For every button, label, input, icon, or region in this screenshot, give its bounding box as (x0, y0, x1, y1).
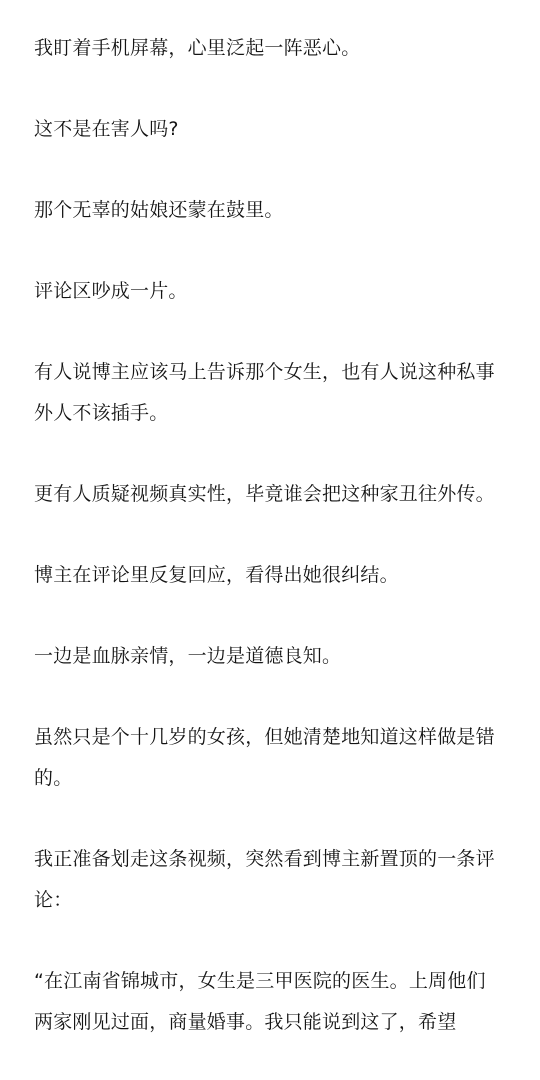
paragraph: 评论区吵成一片。 (34, 271, 504, 312)
paragraph: 我正准备划走这条视频，突然看到博主新置顶的一条评论： (34, 839, 504, 921)
paragraph: 有人说博主应该马上告诉那个女生，也有人说这种私事外人不该插手。 (34, 352, 504, 434)
paragraph: 博主在评论里反复回应，看得出她很纠结。 (34, 555, 504, 596)
paragraph: 更有人质疑视频真实性，毕竟谁会把这种家丑往外传。 (34, 474, 504, 515)
paragraph: 那个无辜的姑娘还蒙在鼓里。 (34, 190, 504, 231)
paragraph: 我盯着手机屏幕，心里泛起一阵恶心。 (34, 28, 504, 69)
paragraph: 虽然只是个十几岁的女孩，但她清楚地知道这样做是错的。 (34, 717, 504, 799)
paragraph-quote: “在江南省锦城市，女生是三甲医院的医生。上周他们两家刚见过面，商量婚事。我只能说… (34, 961, 504, 1043)
article-body: 我盯着手机屏幕，心里泛起一阵恶心。 这不是在害人吗? 那个无辜的姑娘还蒙在鼓里。… (34, 28, 504, 1080)
paragraph: 一边是血脉亲情，一边是道德良知。 (34, 636, 504, 677)
paragraph: 这不是在害人吗? (34, 109, 504, 150)
